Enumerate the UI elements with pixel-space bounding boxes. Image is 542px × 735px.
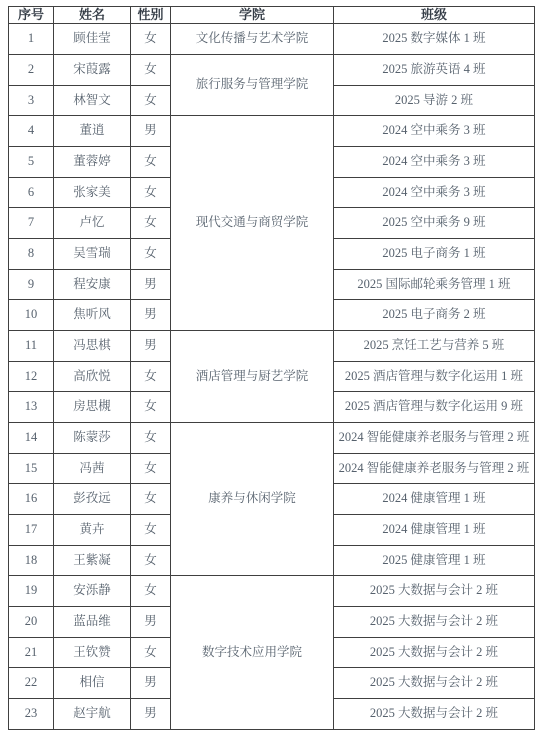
cell-class: 2025 烹饪工艺与营养 5 班: [334, 330, 535, 361]
cell-gender: 女: [131, 392, 171, 423]
cell-student-name: 吴雪瑞: [54, 238, 131, 269]
cell-serial-number: 3: [9, 85, 54, 116]
cell-student-name: 卢忆: [54, 208, 131, 239]
cell-gender: 女: [131, 85, 171, 116]
cell-gender: 男: [131, 607, 171, 638]
cell-student-name: 张家美: [54, 177, 131, 208]
cell-class: 2025 大数据与会计 2 班: [334, 637, 535, 668]
cell-class: 2025 酒店管理与数字化运用 1 班: [334, 361, 535, 392]
cell-student-name: 林智文: [54, 85, 131, 116]
cell-student-name: 冯思棋: [54, 330, 131, 361]
cell-college: 文化传播与艺术学院: [171, 24, 334, 55]
cell-gender: 男: [131, 668, 171, 699]
cell-gender: 女: [131, 238, 171, 269]
column-header-name: 姓名: [54, 7, 131, 24]
cell-class: 2025 导游 2 班: [334, 85, 535, 116]
student-roster-table: 序号姓名性别学院班级 1顾佳莹女文化传播与艺术学院2025 数字媒体 1 班2宋…: [8, 6, 535, 730]
table-row: 4董逍男现代交通与商贸学院2024 空中乘务 3 班: [9, 116, 535, 147]
cell-class: 2025 酒店管理与数字化运用 9 班: [334, 392, 535, 423]
cell-college: 康养与休闲学院: [171, 422, 334, 575]
cell-serial-number: 8: [9, 238, 54, 269]
cell-student-name: 安泺静: [54, 576, 131, 607]
cell-student-name: 顾佳莹: [54, 24, 131, 55]
cell-gender: 女: [131, 361, 171, 392]
cell-serial-number: 17: [9, 515, 54, 546]
cell-serial-number: 22: [9, 668, 54, 699]
cell-class: 2024 空中乘务 3 班: [334, 146, 535, 177]
cell-serial-number: 2: [9, 54, 54, 85]
cell-serial-number: 4: [9, 116, 54, 147]
cell-student-name: 蓝品维: [54, 607, 131, 638]
cell-class: 2024 空中乘务 3 班: [334, 177, 535, 208]
cell-class: 2025 旅游英语 4 班: [334, 54, 535, 85]
cell-student-name: 黄卉: [54, 515, 131, 546]
header-row: 序号姓名性别学院班级: [9, 7, 535, 24]
cell-student-name: 宋葭露: [54, 54, 131, 85]
cell-gender: 女: [131, 146, 171, 177]
cell-gender: 女: [131, 545, 171, 576]
cell-class: 2025 电子商务 1 班: [334, 238, 535, 269]
cell-serial-number: 23: [9, 699, 54, 730]
cell-gender: 男: [131, 300, 171, 331]
cell-gender: 女: [131, 54, 171, 85]
cell-college: 数字技术应用学院: [171, 576, 334, 730]
cell-serial-number: 21: [9, 637, 54, 668]
column-header-gender: 性别: [131, 7, 171, 24]
cell-student-name: 王钦赞: [54, 637, 131, 668]
cell-student-name: 彭孜远: [54, 484, 131, 515]
cell-class: 2024 健康管理 1 班: [334, 515, 535, 546]
table-header: 序号姓名性别学院班级: [9, 7, 535, 24]
column-header-no: 序号: [9, 7, 54, 24]
cell-class: 2025 健康管理 1 班: [334, 545, 535, 576]
table-row: 2宋葭露女旅行服务与管理学院2025 旅游英语 4 班: [9, 54, 535, 85]
cell-student-name: 程安康: [54, 269, 131, 300]
cell-serial-number: 16: [9, 484, 54, 515]
cell-serial-number: 11: [9, 330, 54, 361]
cell-class: 2025 数字媒体 1 班: [334, 24, 535, 55]
cell-gender: 男: [131, 330, 171, 361]
cell-gender: 女: [131, 484, 171, 515]
cell-student-name: 董逍: [54, 116, 131, 147]
cell-serial-number: 6: [9, 177, 54, 208]
column-header-class: 班级: [334, 7, 535, 24]
cell-class: 2025 电子商务 2 班: [334, 300, 535, 331]
cell-college: 旅行服务与管理学院: [171, 54, 334, 115]
cell-serial-number: 13: [9, 392, 54, 423]
cell-student-name: 陈蒙莎: [54, 422, 131, 453]
table-row: 11冯思棋男酒店管理与厨艺学院2025 烹饪工艺与营养 5 班: [9, 330, 535, 361]
cell-class: 2024 智能健康养老服务与管理 2 班: [334, 453, 535, 484]
cell-serial-number: 10: [9, 300, 54, 331]
cell-gender: 女: [131, 422, 171, 453]
cell-gender: 女: [131, 453, 171, 484]
table-row: 14陈蒙莎女康养与休闲学院2024 智能健康养老服务与管理 2 班: [9, 422, 535, 453]
cell-class: 2024 空中乘务 3 班: [334, 116, 535, 147]
cell-class: 2024 健康管理 1 班: [334, 484, 535, 515]
cell-serial-number: 1: [9, 24, 54, 55]
cell-class: 2025 大数据与会计 2 班: [334, 607, 535, 638]
cell-college: 酒店管理与厨艺学院: [171, 330, 334, 422]
cell-class: 2024 智能健康养老服务与管理 2 班: [334, 422, 535, 453]
table-row: 19安泺静女数字技术应用学院2025 大数据与会计 2 班: [9, 576, 535, 607]
cell-serial-number: 5: [9, 146, 54, 177]
cell-student-name: 房思槻: [54, 392, 131, 423]
cell-gender: 男: [131, 269, 171, 300]
cell-gender: 男: [131, 116, 171, 147]
cell-gender: 女: [131, 576, 171, 607]
cell-class: 2025 大数据与会计 2 班: [334, 576, 535, 607]
column-header-college: 学院: [171, 7, 334, 24]
cell-student-name: 王紫凝: [54, 545, 131, 576]
cell-gender: 女: [131, 208, 171, 239]
cell-serial-number: 14: [9, 422, 54, 453]
cell-serial-number: 7: [9, 208, 54, 239]
cell-student-name: 焦听风: [54, 300, 131, 331]
cell-serial-number: 18: [9, 545, 54, 576]
table-row: 1顾佳莹女文化传播与艺术学院2025 数字媒体 1 班: [9, 24, 535, 55]
cell-serial-number: 19: [9, 576, 54, 607]
cell-student-name: 相信: [54, 668, 131, 699]
cell-class: 2025 空中乘务 9 班: [334, 208, 535, 239]
cell-serial-number: 12: [9, 361, 54, 392]
cell-gender: 女: [131, 24, 171, 55]
table-body: 1顾佳莹女文化传播与艺术学院2025 数字媒体 1 班2宋葭露女旅行服务与管理学…: [9, 24, 535, 730]
cell-class: 2025 大数据与会计 2 班: [334, 699, 535, 730]
cell-student-name: 高欣悦: [54, 361, 131, 392]
cell-student-name: 冯茜: [54, 453, 131, 484]
cell-serial-number: 15: [9, 453, 54, 484]
cell-college: 现代交通与商贸学院: [171, 116, 334, 331]
cell-serial-number: 9: [9, 269, 54, 300]
cell-serial-number: 20: [9, 607, 54, 638]
cell-class: 2025 国际邮轮乘务管理 1 班: [334, 269, 535, 300]
cell-gender: 女: [131, 177, 171, 208]
cell-student-name: 董蓉婷: [54, 146, 131, 177]
cell-student-name: 赵宇航: [54, 699, 131, 730]
cell-gender: 女: [131, 637, 171, 668]
cell-gender: 女: [131, 515, 171, 546]
cell-class: 2025 大数据与会计 2 班: [334, 668, 535, 699]
cell-gender: 男: [131, 699, 171, 730]
document-page: 序号姓名性别学院班级 1顾佳莹女文化传播与艺术学院2025 数字媒体 1 班2宋…: [0, 0, 542, 735]
